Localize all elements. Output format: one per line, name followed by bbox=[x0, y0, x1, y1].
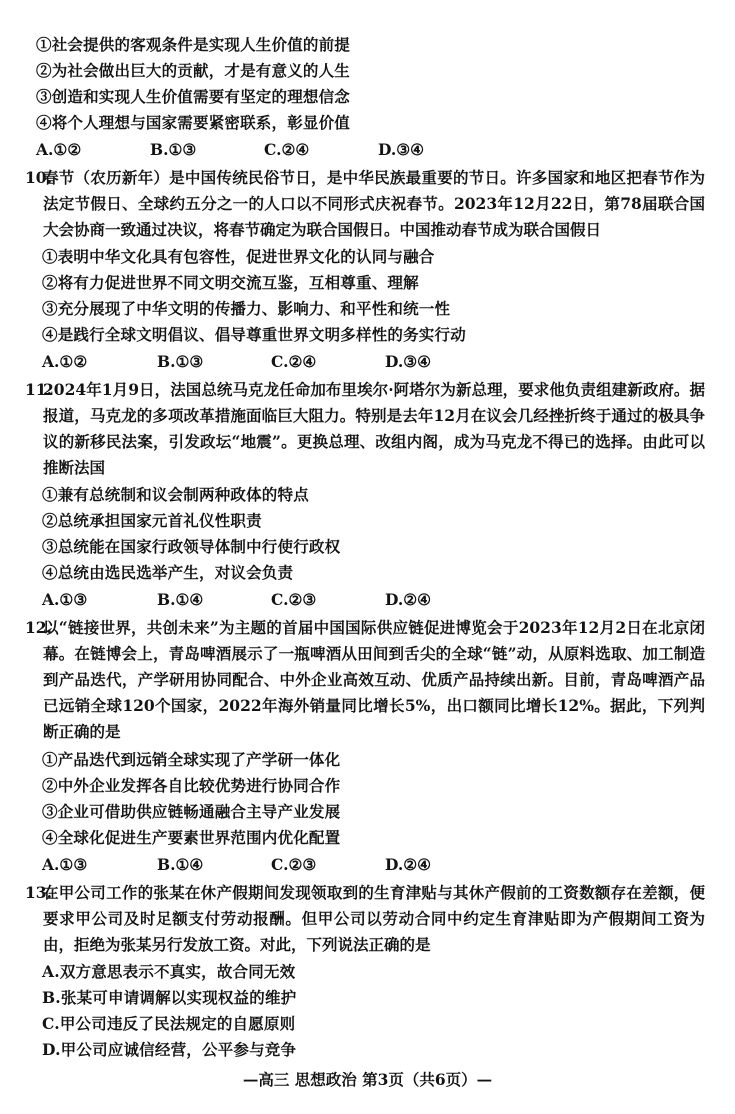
q12-item-4: ④全球化促进生产要素世界范围内优化配置 bbox=[42, 828, 340, 848]
question-11-stem: 11. 2024年1月9日，法国总统马克龙任命加布里埃尔·阿塔尔为新总理，要求他… bbox=[25, 377, 705, 481]
q10-option-c: C.②④ bbox=[271, 352, 316, 372]
q12-item-3: ③企业可借助供应链畅通融合主导产业发展 bbox=[42, 802, 340, 822]
q12-option-c: C.②③ bbox=[271, 855, 316, 875]
q10-item-1: ①表明中华文化具有包容性，促进世界文化的认同与融合 bbox=[42, 247, 435, 267]
q11-item-1: ①兼有总统制和议会制两种政体的特点 bbox=[42, 485, 309, 505]
q13-option-d: D.甲公司应诚信经营，公平参与竞争 bbox=[42, 1040, 296, 1060]
q11-option-a: A.①③ bbox=[42, 590, 87, 610]
question-13-stem: 13. 在甲公司工作的张某在休产假期间发现领取到的生育津贴与其休产假前的工资数额… bbox=[25, 880, 705, 958]
q13-option-b: B.张某可申请调解以实现权益的维护 bbox=[42, 988, 296, 1008]
question-12-stem: 12. 以“链接世界，共创未来”为主题的首届中国国际供应链促进博览会于2023年… bbox=[25, 615, 705, 745]
q11-item-2: ②总统承担国家元首礼仪性职责 bbox=[42, 511, 262, 531]
page-footer: —高三 思想政治 第3页（共6页）— bbox=[0, 1068, 735, 1090]
question-text: 在甲公司工作的张某在休产假期间发现领取到的生育津贴与其休产假前的工资数额存在差额… bbox=[25, 880, 705, 958]
q11-item-3: ③总统能在国家行政领导体制中行使行政权 bbox=[42, 537, 340, 557]
q9-item-2: ②为社会做出巨大的贡献，才是有意义的人生 bbox=[36, 61, 350, 81]
q11-item-4: ④总统由选民选举产生，对议会负责 bbox=[42, 563, 293, 583]
q12-item-1: ①产品迭代到远销全球实现了产学研一体化 bbox=[42, 750, 340, 770]
q12-option-a: A.①③ bbox=[42, 855, 87, 875]
q9-item-4: ④将个人理想与国家需要紧密联系，彰显价值 bbox=[36, 113, 350, 133]
q11-option-d: D.②④ bbox=[385, 590, 431, 610]
q12-option-d: D.②④ bbox=[385, 855, 431, 875]
q12-option-b: B.①④ bbox=[157, 855, 203, 875]
q9-option-a: A.①② bbox=[36, 140, 81, 160]
q9-option-c: C.②④ bbox=[264, 140, 309, 160]
q10-option-d: D.③④ bbox=[385, 352, 431, 372]
q10-item-2: ②将有力促进世界不同文明交流互鉴，互相尊重、理解 bbox=[42, 273, 419, 293]
question-text: 春节（农历新年）是中国传统民俗节日，是中华民族最重要的节日。许多国家和地区把春节… bbox=[25, 165, 705, 243]
q13-option-a: A.双方意思表示不真实，故合同无效 bbox=[42, 962, 295, 982]
exam-page: ①社会提供的客观条件是实现人生价值的前提 ②为社会做出巨大的贡献，才是有意义的人… bbox=[0, 0, 735, 1114]
question-number: 12. bbox=[25, 615, 52, 641]
q9-item-3: ③创造和实现人生价值需要有坚定的理想信念 bbox=[36, 87, 350, 107]
q11-option-b: B.①④ bbox=[157, 590, 203, 610]
q10-option-b: B.①③ bbox=[157, 352, 203, 372]
q13-option-c: C.甲公司违反了民法规定的自愿原则 bbox=[42, 1014, 295, 1034]
question-text: 以“链接世界，共创未来”为主题的首届中国国际供应链促进博览会于2023年12月2… bbox=[25, 615, 705, 745]
question-10-stem: 10. 春节（农历新年）是中国传统民俗节日，是中华民族最重要的节日。许多国家和地… bbox=[25, 165, 705, 243]
question-number: 11. bbox=[25, 377, 52, 403]
q9-option-d: D.③④ bbox=[378, 140, 424, 160]
q10-option-a: A.①② bbox=[42, 352, 87, 372]
question-text: 2024年1月9日，法国总统马克龙任命加布里埃尔·阿塔尔为新总理，要求他负责组建… bbox=[25, 377, 705, 481]
q11-option-c: C.②③ bbox=[271, 590, 316, 610]
question-number: 13. bbox=[25, 880, 52, 906]
q10-item-3: ③充分展现了中华文明的传播力、影响力、和平性和统一性 bbox=[42, 299, 450, 319]
q10-item-4: ④是践行全球文明倡议、倡导尊重世界文明多样性的务实行动 bbox=[42, 325, 466, 345]
q9-item-1: ①社会提供的客观条件是实现人生价值的前提 bbox=[36, 35, 350, 55]
q9-option-b: B.①③ bbox=[150, 140, 196, 160]
question-number: 10. bbox=[25, 165, 52, 191]
q12-item-2: ②中外企业发挥各自比较优势进行协同合作 bbox=[42, 776, 340, 796]
